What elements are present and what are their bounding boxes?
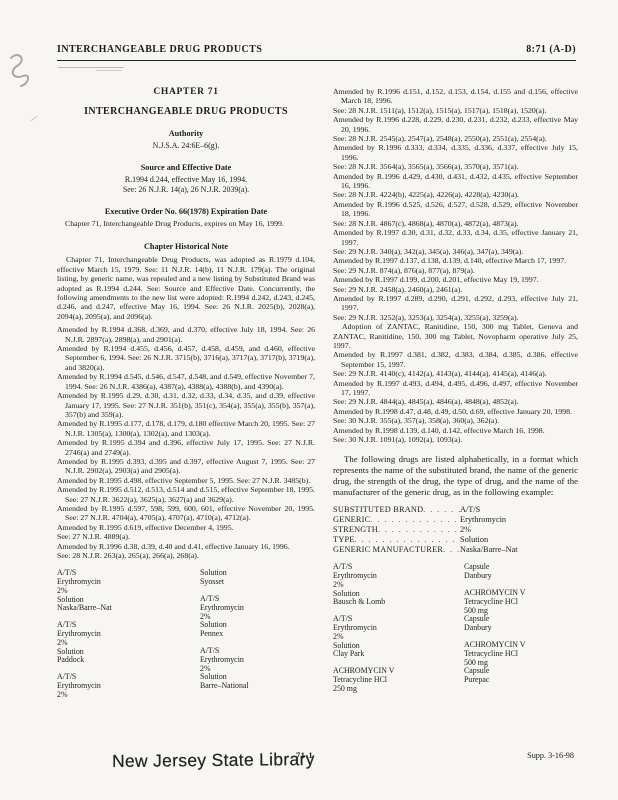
history-entry: Amended by R.1998 d.47, d.48, d.49, d.50… — [333, 407, 578, 416]
dot-leader: . . . . . . . . . . . . . . . . . . . . … — [378, 525, 460, 535]
history-entry: See: 28 N.J.R. 263(a), 265(a), 266(a), 2… — [57, 551, 315, 560]
history-entry: See: 29 N.J.R. 4140(c), 4142(a), 4143(a)… — [333, 369, 578, 378]
history-entry: Amended by R.1996 d.151, d.152, d.153, d… — [333, 87, 578, 106]
history-entry: Amended by R.1995 d.29, d.30, d.31, d.32… — [57, 391, 315, 419]
history-entry: See: 29 N.J.R. 340(a), 342(a), 345(a), 3… — [333, 247, 578, 256]
history-entry: See: 28 N.J.R. 2545(a), 2547(a), 2548(a)… — [333, 134, 578, 143]
drug-entry: ACHROMYCIN VTetracycline HCl500 mgCapsul… — [464, 641, 578, 685]
expiration-text: Chapter 71, Interchangeable Drug Product… — [57, 219, 315, 228]
history-entry: Amended by R.1994 d.545, d.546, d.547, d… — [57, 372, 315, 391]
drug-entry: A/T/SErythromycin2%SolutionBarre–Nationa… — [200, 647, 315, 691]
history-entry: See: 29 N.J.R. 3252(a), 3253(a), 3254(a)… — [333, 313, 578, 322]
scan-artifact-mark — [30, 116, 37, 121]
drug-entry-line: Paddock — [57, 656, 200, 665]
expiration-heading: Executive Order No. 66(1978) Expiration … — [57, 207, 315, 216]
drug-entry-line: Danbury — [464, 572, 578, 581]
supplement-date: Supp. 3-16-98 — [527, 751, 574, 760]
history-entry: Amended by R.1994 d.368, d.369, and d.37… — [57, 325, 315, 344]
history-entry: See: 30 N.J.R. 355(a), 357(a), 358(a), 3… — [333, 416, 578, 425]
drug-entry-line: Barre–National — [200, 682, 315, 691]
drug-entry: SolutionSyosset — [200, 569, 315, 586]
example-label: GENERIC MANUFACTURER — [333, 545, 443, 555]
history-entry: Amended by R.1996 d.38, d.39, d.40 and d… — [57, 542, 315, 551]
drug-list-column-1: A/T/SErythromycin2%SolutionNaska/Barre–N… — [57, 569, 200, 708]
adoption-note: Adoption of ZANTAC, Ranitidine, 150, 300… — [333, 322, 578, 350]
example-row: GENERIC MANUFACTURER. . . . . . . . . . … — [333, 545, 578, 555]
left-history-entries: Amended by R.1994 d.368, d.369, and d.37… — [57, 325, 315, 560]
running-header: INTERCHANGEABLE DRUG PRODUCTS 8:71 (A-D) — [57, 44, 576, 61]
history-entry: See: 28 N.J.R. 4867(c), 4868(a), 4870(a)… — [333, 219, 578, 228]
example-row: STRENGTH. . . . . . . . . . . . . . . . … — [333, 525, 578, 535]
source-heading: Source and Effective Date — [57, 163, 315, 172]
history-entry: Amended by R.1995 d.498, effective Septe… — [57, 476, 315, 485]
history-entry: Amended by R.1997 d.137, d.138, d.139, d… — [333, 256, 578, 265]
drug-entry-line: Pennex — [200, 630, 315, 639]
dot-leader: . . . . . . . . . . . . . . . . . . . . … — [443, 545, 460, 555]
left-column: CHAPTER 71 INTERCHANGEABLE DRUG PRODUCTS… — [57, 87, 315, 708]
history-entry: Amended by R.1997 d.199, d.200, d.201, e… — [333, 275, 578, 284]
drug-entry-line: Erythromycin — [57, 682, 200, 691]
history-entry: See: 28 N.J.R. 3564(a), 3565(a), 3566(a)… — [333, 162, 578, 171]
drug-entry-line: 250 mg — [333, 685, 464, 694]
example-value: Solution — [460, 535, 578, 545]
drug-entry-line: Erythromycin — [57, 578, 200, 587]
drug-entry: A/T/SErythromycin2%SolutionBausch & Lomb — [333, 563, 464, 607]
drug-entry: A/T/SErythromycin2%SolutionClay Park — [333, 615, 464, 659]
example-row: SUBSTITUTED BRAND. . . . . . . . . . . .… — [333, 505, 578, 515]
history-entry: Amended by R.1996 d.525, d.526, d.527, d… — [333, 200, 578, 219]
example-label: TYPE — [333, 535, 355, 545]
library-stamp: New Jersey State Library — [112, 749, 315, 772]
drug-list-column-2: SolutionSyossetA/T/SErythromycin2%Soluti… — [200, 569, 315, 708]
drug-entry-line: Erythromycin — [200, 656, 315, 665]
format-example-block: SUBSTITUTED BRAND. . . . . . . . . . . .… — [333, 505, 578, 554]
drug-entry: A/T/SErythromycin2%SolutionNaska/Barre–N… — [57, 569, 200, 613]
pen-mark-decoration — [3, 46, 45, 94]
history-entry: Amended by R.1995 d.597, 598, 599, 600, … — [57, 504, 315, 523]
history-entry: See: 29 N.J.R. 874(a), 876(a), 877(a), 8… — [333, 266, 578, 275]
scan-artifact-line — [96, 70, 122, 71]
chapter-title: INTERCHANGEABLE DRUG PRODUCTS — [57, 106, 315, 117]
history-entry: Amended by R.1997 d.289, d.290, d.291, d… — [333, 294, 578, 313]
drug-entry-line: Erythromycin — [200, 604, 315, 613]
example-label: GENERIC — [333, 515, 370, 525]
scanned-document-page: INTERCHANGEABLE DRUG PRODUCTS 8:71 (A-D)… — [0, 0, 618, 800]
example-value: Erythromycin — [460, 515, 578, 525]
drug-entry-line: Danbury — [464, 624, 578, 633]
history-entry: Amended by R.1997 d.381, d.382, d.383, d… — [333, 350, 578, 369]
history-entry: Amended by R.1995 d.393, d.395 and d.397… — [57, 457, 315, 476]
drug-entry-line: Clay Park — [333, 650, 464, 659]
history-entry: Amended by R.1996 d.228, d.229, d.230, d… — [333, 115, 578, 134]
drug-entry-line: Erythromycin — [57, 630, 200, 639]
scan-artifact-line — [58, 67, 124, 68]
source-line: R.1994 d.244, effective May 16, 1994. — [57, 175, 315, 184]
history-entry: Amended by R.1996 d.333, d.334, d.335, d… — [333, 143, 578, 162]
intro-paragraph: The following drugs are listed alphabeti… — [333, 454, 578, 498]
authority-citation: N.J.S.A. 24:6E–6(g). — [57, 141, 315, 150]
history-entry: Amended by R.1997 d.493, d.494, d.495, d… — [333, 379, 578, 398]
running-header-section: 8:71 (A-D) — [526, 44, 576, 55]
drug-entry: ACHROMYCIN VTetracycline HCl500 mgCapsul… — [464, 589, 578, 633]
history-entry: See: 29 N.J.R. 2458(a), 2460(a), 2461(a)… — [333, 285, 578, 294]
page-number: 71-1 — [296, 750, 313, 760]
history-entry: See: 28 N.J.R. 1511(a), 1512(a), 1515(a)… — [333, 106, 578, 115]
history-entry: Amended by R.1994 d.455, d.456, d.457, d… — [57, 344, 315, 372]
example-label: SUBSTITUTED BRAND — [333, 505, 423, 515]
history-entry: Amended by R.1995 d.619, effective Decem… — [57, 523, 315, 532]
drug-list-left-block: A/T/SErythromycin2%SolutionNaska/Barre–N… — [57, 569, 315, 708]
right-history-entries: Amended by R.1996 d.151, d.152, d.153, d… — [333, 87, 578, 444]
dot-leader: . . . . . . . . . . . . . . . . . . . . … — [423, 505, 460, 515]
historical-note-heading: Chapter Historical Note — [57, 242, 315, 251]
drug-entry: CapsuleDanbury — [464, 563, 578, 580]
two-column-body: CHAPTER 71 INTERCHANGEABLE DRUG PRODUCTS… — [57, 87, 578, 708]
drug-entry: A/T/SErythromycin2%SolutionPennex — [200, 595, 315, 639]
drug-entry-line: 2% — [57, 691, 200, 700]
drug-entry: ACHROMYCIN VTetracycline HCl250 mg — [333, 667, 464, 693]
example-row: TYPE. . . . . . . . . . . . . . . . . . … — [333, 535, 578, 545]
example-value: A/T/S — [460, 505, 578, 515]
drug-list-column-4: CapsuleDanburyACHROMYCIN VTetracycline H… — [464, 563, 578, 702]
chapter-heading: CHAPTER 71 — [57, 87, 315, 97]
history-entry: Amended by R.1995 d.394 and d.396, effec… — [57, 438, 315, 457]
history-entry: See: 27 N.J.R. 4889(a). — [57, 532, 315, 541]
example-row: GENERIC. . . . . . . . . . . . . . . . .… — [333, 515, 578, 525]
drug-entry-line: Erythromycin — [333, 572, 464, 581]
drug-entry-line: Erythromycin — [333, 624, 464, 633]
drug-entry: A/T/SErythromycin2% — [57, 673, 200, 699]
history-entry: Amended by R.1995 d.177, d.178, d.179, d… — [57, 419, 315, 438]
running-header-title: INTERCHANGEABLE DRUG PRODUCTS — [57, 44, 262, 55]
example-value: Naska/Barre–Nat — [460, 545, 578, 555]
drug-list-column-3: A/T/SErythromycin2%SolutionBausch & Lomb… — [333, 563, 464, 702]
dot-leader: . . . . . . . . . . . . . . . . . . . . … — [355, 535, 460, 545]
dot-leader: . . . . . . . . . . . . . . . . . . . . … — [370, 515, 460, 525]
source-see-line: See: 26 N.J.R. 14(a), 26 N.J.R. 2039(a). — [57, 185, 315, 194]
historical-note-paragraph: Chapter 71, Interchangeable Drug Product… — [57, 255, 315, 321]
drug-entry-line: Syosset — [200, 578, 315, 587]
drug-entry-line: Bausch & Lomb — [333, 598, 464, 607]
history-entry: See: 30 N.J.R. 1091(a), 1092(a), 1093(a)… — [333, 435, 578, 444]
authority-heading: Authority — [57, 129, 315, 138]
drug-entry-line: Naska/Barre–Nat — [57, 604, 200, 613]
history-entry: Amended by R.1995 d.512, d.513, d.514 an… — [57, 485, 315, 504]
history-entry: Amended by R.1997 d.30, d.31, d.32, d.33… — [333, 228, 578, 247]
drug-list-right-block: A/T/SErythromycin2%SolutionBausch & Lomb… — [333, 563, 578, 702]
example-label: STRENGTH — [333, 525, 378, 535]
history-entry: See: 29 N.J.R. 4844(a), 4845(a), 4846(a)… — [333, 397, 578, 406]
history-entry: Amended by R.1996 d.429, d.430, d.431, d… — [333, 172, 578, 191]
drug-entry-line: Purepac — [464, 676, 578, 685]
history-entry: Amended by R.1998 d.139, d.140, d.142, e… — [333, 426, 578, 435]
drug-entry: A/T/SErythromycin2%SolutionPaddock — [57, 621, 200, 665]
right-column: Amended by R.1996 d.151, d.152, d.153, d… — [333, 87, 578, 708]
history-entry: See: 28 N.J.R. 4224(b), 4225(a), 4226(a)… — [333, 190, 578, 199]
example-value: 2% — [460, 525, 578, 535]
